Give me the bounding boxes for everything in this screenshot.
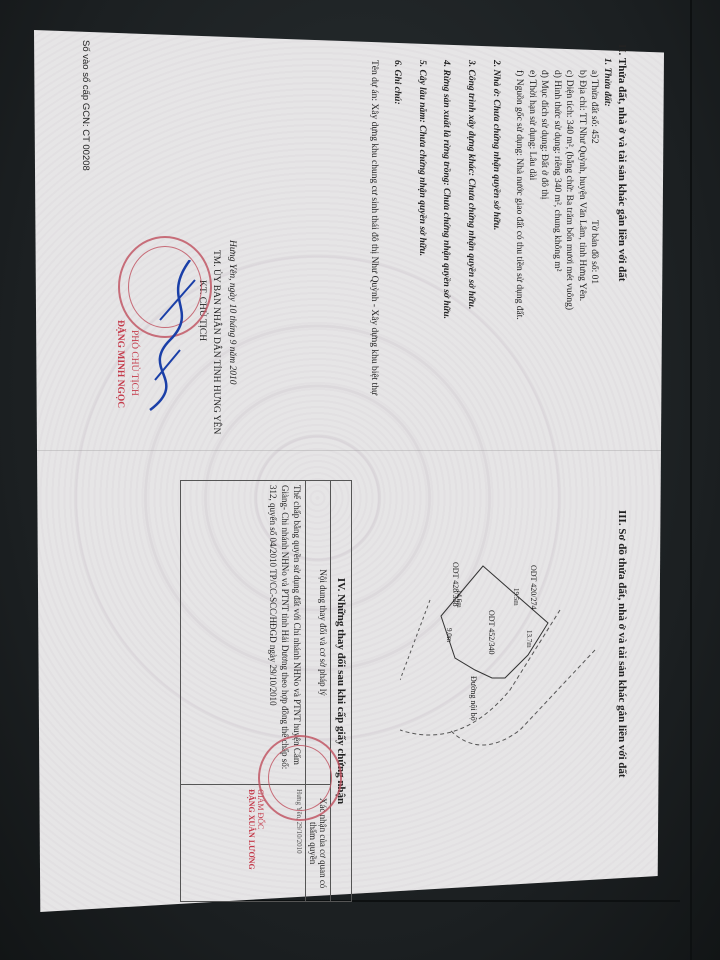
parcel-label: ODT 452/340 [485,610,498,655]
confirm-role: GIÁM ĐỐC [256,789,265,897]
section-iv: IV. Những thay đổi sau khi cấp giấy chứn… [180,480,352,902]
table-row: Thế chấp bằng quyền sử dụng đất với Chi … [181,481,306,902]
table-header-row: Nội dung thay đổi và cơ sở pháp lý Xác n… [306,481,331,902]
usage-origin-row: f) Nguồn gốc sử dụng: Nhà nước giao đất … [512,70,525,320]
map-sheet-row: Tờ bản đồ số: 01 [587,220,600,284]
dimension-label: 13.7m [522,630,535,648]
usage-term-value: Lâu dài [527,152,537,181]
usage-term-label: e) Thời hạn sử dụng: [527,70,537,149]
sign-title: PHÓ CHỦ TỊCH [127,330,140,396]
map-sheet-label: Tờ bản đồ số: [589,220,599,272]
usage-purpose-value: Đất ở đô thị [539,154,549,199]
signature-scribble [140,260,210,420]
address-value: TT Như Quỳnh, huyện Văn Lâm, tỉnh Hưng Y… [577,113,587,301]
usage-form-value: 340 m², chung không m² [552,178,562,272]
notes-item: 6. Ghi chú: [390,60,403,105]
map-sheet-value: 01 [589,275,599,285]
changes-table: Nội dung thay đổi và cơ sở pháp lý Xác n… [180,480,331,902]
sign-name: ĐẶNG MINH NGỌC [113,320,126,408]
sign-date: Hưng Yên, ngày 10 tháng 9 năm 2010 [225,240,238,385]
section-iii-title: III. Sơ đồ thửa đất, nhà ở và tài sản kh… [616,510,628,778]
confirm-name: ĐẶNG XUÂN LƯƠNG [247,789,256,897]
area-row: c) Diện tích: 340 m², (bằng chữ: Ba trăm… [562,70,575,310]
usage-purpose-label: đ) Mục đích sử dụng: [539,70,549,152]
road-label: Đường nội bộ [467,676,480,721]
dimension-label: 14.6m [452,590,465,608]
parcel-subtitle: 1. Thửa đất: [600,58,613,107]
section-iv-title: IV. Những thay đổi sau khi cấp giấy chứn… [331,480,352,902]
neighbor-label-420: ODT 420/274 [527,565,540,610]
parcel-number-value: 452 [589,129,599,143]
section-ii-title: II. Thửa đất, nhà ở và tài sản khác gắn … [616,44,628,281]
project-name: Tên dự án: Xây dựng khu chung cư sinh th… [367,60,380,395]
area-value: 340 m², (bằng chữ: Ba trăm bốn mươi mét … [564,120,574,310]
dimension-label: 9.0m [442,628,455,642]
perennial-trees-item: 5. Cây lâu năm: Chưa chứng nhận quyền sở… [415,60,428,256]
usage-origin-label: f) Nguồn gốc sử dụng: [514,70,524,156]
usage-form-label: d) Hình thức sử dụng: riêng [552,70,562,176]
address-row: b) Địa chỉ: TT Như Quỳnh, huyện Văn Lâm,… [575,70,588,301]
usage-origin-value: Nhà nước giao đất có thu tiền sử dụng đấ… [514,158,524,319]
parcel-map [400,560,600,760]
other-construction-item: 3. Công trình xây dựng khác: Chưa chứng … [464,60,477,309]
dimension-label: 19.5m [509,588,522,606]
registry-label: Số vào sổ cấp GCN: [80,40,91,127]
house-item: 2. Nhà ở: Chưa chứng nhận quyền sở hữu. [489,60,502,230]
page-fold [34,450,664,451]
seat-seam [690,0,692,960]
registry-row: Số vào sổ cấp GCN: CT 00208 [79,40,92,171]
parcel-number-row: a) Thửa đất số: 452 [587,70,600,144]
usage-term-row: e) Thời hạn sử dụng: Lâu dài [525,70,538,180]
area-label: c) Diện tích: [564,70,574,117]
usage-form-row: d) Hình thức sử dụng: riêng 340 m², chun… [550,70,563,272]
forest-item: 4. Rừng sản xuất là rừng trồng: Chưa chứ… [439,60,452,319]
address-label: b) Địa chỉ: [577,70,587,111]
usage-purpose-row: đ) Mục đích sử dụng: Đất ở đô thị [537,70,550,199]
parcel-number-label: a) Thửa đất số: [589,70,599,127]
registry-value: CT 00208 [80,129,91,171]
office-stamp [258,735,342,821]
